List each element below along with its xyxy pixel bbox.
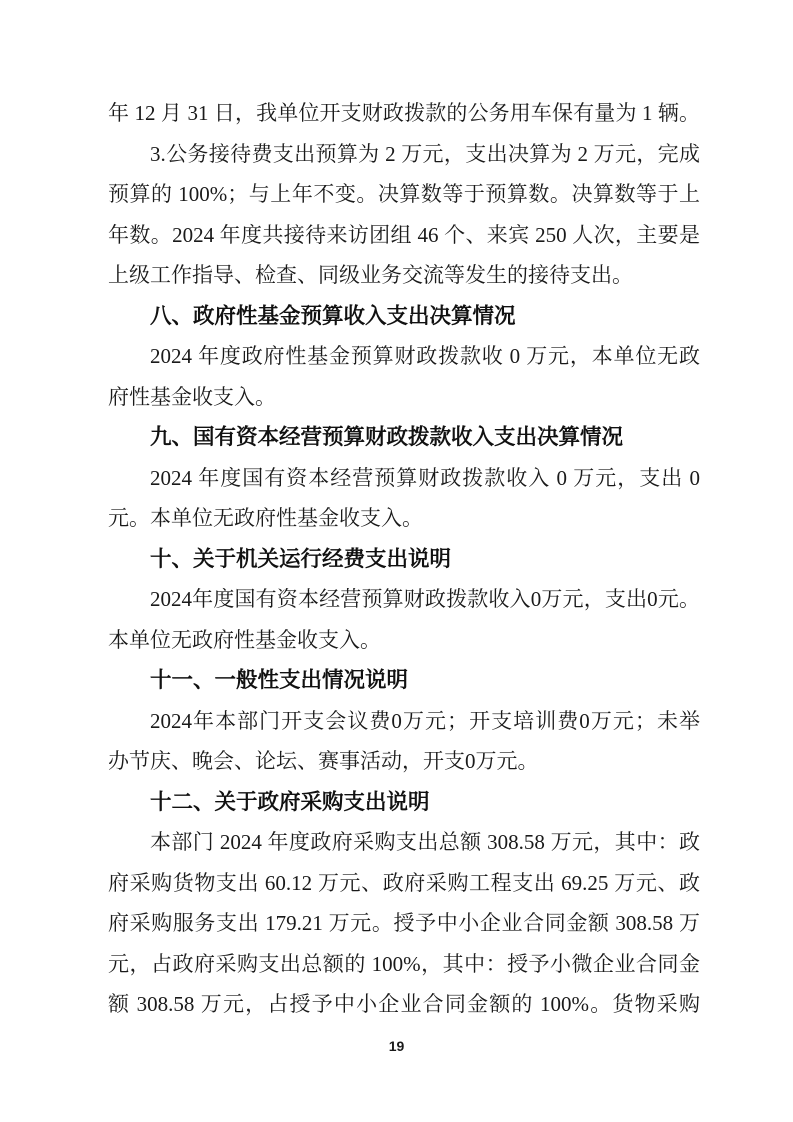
- page-content: 年 12 月 31 日，我单位开支财政拨款的公务用车保有量为 1 辆。 3.公务…: [108, 93, 700, 1025]
- section-heading: 十二、关于政府采购支出说明: [108, 782, 700, 823]
- paragraph-line: 本单位无政府性基金收支入。: [108, 620, 700, 661]
- paragraph-line: 办节庆、晚会、论坛、赛事活动，开支0万元。: [108, 741, 700, 782]
- paragraph-line: 2024 年度政府性基金预算财政拨款收 0 万元，本单位无政: [108, 336, 700, 377]
- section-heading: 十一、一般性支出情况说明: [108, 660, 700, 701]
- paragraph-line: 年 12 月 31 日，我单位开支财政拨款的公务用车保有量为 1 辆。: [108, 93, 700, 134]
- paragraph-line: 2024年度国有资本经营预算财政拨款收入0万元，支出0元。: [108, 579, 700, 620]
- paragraph-line: 府性基金收支入。: [108, 377, 700, 418]
- page-number: 19: [0, 1038, 793, 1054]
- paragraph-line: 预算的 100%；与上年不变。决算数等于预算数。决算数等于上: [108, 174, 700, 215]
- paragraph-line: 上级工作指导、检查、同级业务交流等发生的接待支出。: [108, 255, 700, 296]
- section-heading: 八、政府性基金预算收入支出决算情况: [108, 296, 700, 337]
- paragraph-line: 年数。2024 年度共接待来访团组 46 个、来宾 250 人次，主要是: [108, 215, 700, 256]
- paragraph-line: 额 308.58 万元，占授予中小企业合同金额的 100%。货物采购: [108, 984, 700, 1025]
- document-page: 年 12 月 31 日，我单位开支财政拨款的公务用车保有量为 1 辆。 3.公务…: [0, 0, 793, 1122]
- paragraph-line: 府采购服务支出 179.21 万元。授予中小企业合同金额 308.58 万: [108, 903, 700, 944]
- paragraph-line: 2024 年度国有资本经营预算财政拨款收入 0 万元，支出 0: [108, 458, 700, 499]
- section-heading: 十、关于机关运行经费支出说明: [108, 539, 700, 580]
- paragraph-line: 元。本单位无政府性基金收支入。: [108, 498, 700, 539]
- paragraph-line: 元，占政府采购支出总额的 100%，其中：授予小微企业合同金: [108, 944, 700, 985]
- paragraph-line: 府采购货物支出 60.12 万元、政府采购工程支出 69.25 万元、政: [108, 863, 700, 904]
- paragraph-line: 本部门 2024 年度政府采购支出总额 308.58 万元，其中：政: [108, 822, 700, 863]
- paragraph-line: 2024年本部门开支会议费0万元；开支培训费0万元；未举: [108, 701, 700, 742]
- section-heading: 九、国有资本经营预算财政拨款收入支出决算情况: [108, 417, 700, 458]
- paragraph-line: 3.公务接待费支出预算为 2 万元，支出决算为 2 万元，完成: [108, 134, 700, 175]
